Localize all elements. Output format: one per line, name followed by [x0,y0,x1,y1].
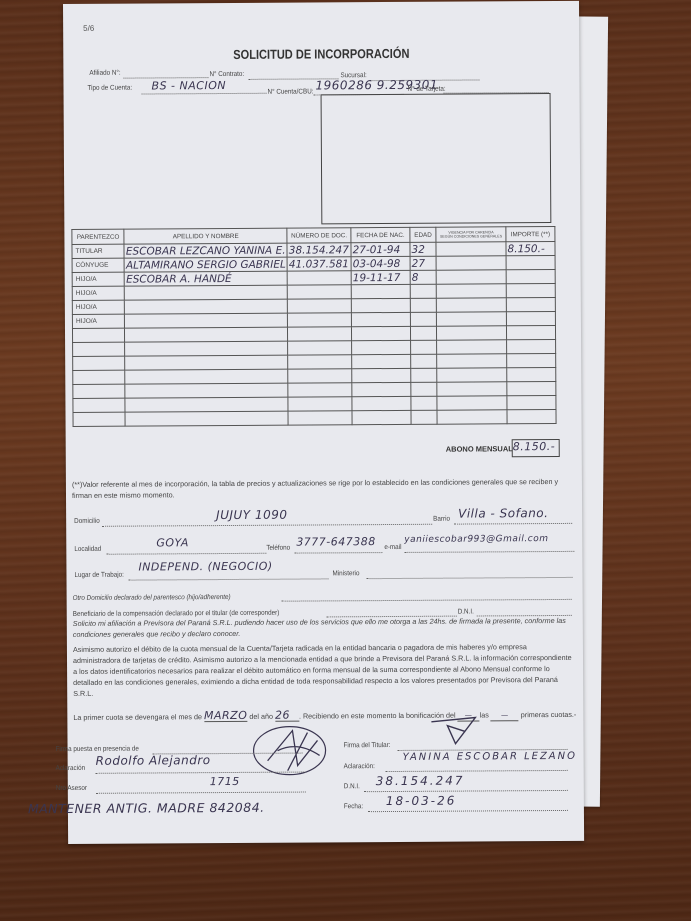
cell-parentezco [73,398,125,412]
cell-parentezco [73,384,125,398]
aclaracion-right-field[interactable] [386,770,568,772]
titular-signature [425,713,485,749]
abono-mensual-label: ABONO MENSUAL [446,444,513,453]
dni-label: D.N.I. [344,783,360,790]
cell-importe[interactable] [507,339,556,353]
cell-fecha[interactable] [352,368,411,382]
cell-parentezco [72,328,124,342]
localidad-value: GOYA [156,536,189,549]
tarjeta-label: N° de Tarjeta: [408,86,446,93]
fecha-label: Fecha: [344,803,363,810]
cell-vigencia[interactable] [437,396,507,410]
cuota-suffix: primeras cuotas.- [521,710,577,719]
cell-edad[interactable] [410,312,436,326]
col-importe: IMPORTE (**) [506,226,555,241]
ministerio-field[interactable] [367,577,573,579]
cuota-mes-value[interactable]: MARZO [204,710,247,722]
col-parentezco: PARENTEZCO [72,229,124,244]
asesor-value: 1715 [210,775,240,788]
cuota-anio-label: del año [249,712,273,721]
email-label: e-mail [384,544,401,551]
barrio-field[interactable] [454,523,572,525]
localidad-field[interactable] [106,553,266,555]
cell-vigencia[interactable] [437,298,507,312]
cell-parentezco: HIJO/A [72,286,124,300]
cell-vigencia[interactable] [437,312,507,326]
trabajo-value: INDEPEND. (NEGOCIO) [138,560,272,574]
cell-fecha[interactable]: 19-11-17 [351,270,410,284]
debit-authorization-text: Asimismo autorizo el débito de la cuota … [73,641,573,699]
cell-fecha[interactable] [352,396,411,410]
cell-edad[interactable] [411,368,437,382]
domicilio-field[interactable] [102,524,432,527]
cell-doc[interactable] [288,397,352,411]
cell-nombre[interactable] [125,355,288,370]
cell-importe[interactable] [506,297,555,311]
cell-edad[interactable] [411,410,437,424]
trabajo-label: Lugar de Trabajo: [74,572,123,579]
cell-doc[interactable] [288,355,352,369]
cell-fecha[interactable] [352,410,411,424]
dni-value: 38.154.247 [376,774,465,789]
aclaracion-right-label: Aclaración: [344,763,375,770]
cell-doc[interactable]: 38.154.247 [287,243,351,257]
presencia-label: Firma puesta en presencia de [56,746,139,754]
cell-nombre[interactable] [125,299,288,314]
col-nombre: APELLIDO Y NOMBRE [124,228,287,244]
photo-box [321,93,552,224]
otro-domicilio-field[interactable] [282,599,572,602]
cell-importe[interactable] [507,409,556,423]
cell-parentezco [73,370,125,384]
barrio-label: Barrio [433,516,450,523]
col-doc: NÚMERO DE DOC. [287,228,351,243]
footnote: (**)Valor referente al mes de incorporac… [72,476,572,501]
tipo-cuenta-value: BS - NACION [151,79,226,92]
cell-edad[interactable]: 27 [410,256,436,270]
cell-vigencia[interactable] [437,326,507,340]
cell-importe[interactable] [506,269,555,283]
cell-vigencia[interactable] [437,382,507,396]
cell-doc[interactable] [287,285,351,299]
cell-vigencia[interactable] [436,270,506,284]
trabajo-field[interactable] [129,578,329,580]
cell-edad[interactable] [411,396,437,410]
cell-fecha[interactable] [352,326,411,340]
cell-edad[interactable] [411,340,437,354]
cell-doc[interactable] [288,369,352,383]
tipo-cuenta-label: Tipo de Cuenta: [87,85,132,92]
cell-edad[interactable] [411,354,437,368]
ministerio-label: Ministerio [332,570,359,577]
form-title: SOLICITUD DE INCORPORACIÓN [102,45,541,63]
telefono-value: 3777-647388 [296,535,376,548]
cell-parentezco [73,412,125,426]
col-edad: EDAD [410,227,436,242]
cell-importe[interactable] [507,395,556,409]
fecha-value: 18-03-26 [386,794,457,808]
cell-vigencia[interactable] [436,284,506,298]
asesor-label: Nro Asesor [56,785,87,792]
cell-nombre[interactable] [125,341,288,356]
cell-nombre[interactable] [125,327,288,342]
cell-parentezco: CÓNYUGE [72,258,124,272]
cell-vigencia[interactable] [437,354,507,368]
cell-fecha[interactable] [352,382,411,396]
fecha-field[interactable] [368,810,568,812]
otro-domicilio-label: Otro Domicilio declarado del parentesco … [73,594,231,602]
cell-fecha[interactable] [351,312,410,326]
cuota-prefix: La primer cuota se devengara el mes de [73,712,202,722]
cell-edad[interactable] [410,298,436,312]
cell-importe[interactable] [506,311,555,325]
asesor-field[interactable] [96,792,306,794]
members-table: PARENTEZCO APELLIDO Y NOMBRE NÚMERO DE D… [71,226,556,427]
cell-doc[interactable] [288,341,352,355]
email-value: yaniiescobar993@Gmail.com [404,534,548,545]
cell-doc[interactable] [288,383,352,397]
cell-parentezco [73,356,125,370]
cell-nombre[interactable] [125,383,288,398]
barrio-value: Villa - Sofano. [458,506,548,521]
page-marker: 5/6 [83,24,94,33]
cell-vigencia[interactable] [437,340,507,354]
cell-fecha[interactable] [351,284,410,298]
cell-doc[interactable] [288,327,352,341]
las-value[interactable]: — [491,709,519,721]
cell-doc[interactable] [287,271,351,285]
domicilio-value: JUJUY 1090 [216,508,287,522]
cell-edad[interactable] [411,382,437,396]
affiliation-request-text: Solicito mi afiliación a Previsora del P… [73,615,573,640]
cell-nombre[interactable]: ALTAMIRANO SERGIO GABRIEL [124,257,287,272]
cell-doc[interactable] [288,313,352,327]
cell-vigencia[interactable] [437,410,507,424]
cell-fecha[interactable] [352,340,411,354]
application-form: 5/6 SOLICITUD DE INCORPORACIÓN Afiliado … [63,1,584,844]
telefono-field[interactable] [294,552,382,554]
cell-edad[interactable] [411,326,437,340]
cell-fecha[interactable] [351,298,410,312]
col-vigencia: VIGENCIA POR CARENCIASEGÚN CONDICIONES G… [436,227,506,242]
cell-nombre[interactable] [125,397,288,412]
cell-nombre[interactable] [125,285,288,300]
telefono-label: Teléfono [266,545,290,552]
cell-edad[interactable]: 8 [410,270,436,284]
cell-fecha[interactable]: 03-04-98 [351,256,410,270]
cell-importe[interactable] [507,325,556,339]
tipo-cuenta-field[interactable] [142,93,267,95]
cell-importe[interactable] [506,255,555,269]
cell-nombre[interactable]: ESCOBAR LEZCANO YANINA E. [124,243,287,258]
cell-doc[interactable] [288,411,352,425]
cell-parentezco: HIJO/A [72,314,124,328]
domicilio-label: Domicilio [74,518,100,525]
cell-doc[interactable]: 41.037.581 [287,257,351,271]
aclaracion-right-value: YANINA ESCOBAR LEZANO [403,751,577,763]
cell-parentezco: HIJO/A [72,300,124,314]
cell-nombre[interactable] [125,411,288,426]
cell-edad[interactable] [410,284,436,298]
cell-parentezco: TITULAR [72,244,124,258]
cell-importe[interactable] [507,381,556,395]
aclaracion-left-value: Rodolfo Alejandro [96,753,211,768]
vigencia-subtitle: SEGÚN CONDICIONES GENERALES [440,234,502,238]
localidad-label: Localidad [74,546,101,553]
cell-importe[interactable] [507,353,556,367]
cell-nombre[interactable]: ESCOBAR A. HANDÉ [125,271,288,286]
email-field[interactable] [404,551,574,553]
table-row [73,409,556,426]
cell-nombre[interactable] [125,369,288,384]
cell-vigencia[interactable] [437,368,507,382]
cell-importe[interactable]: 8.150.- [506,241,555,255]
cell-vigencia[interactable] [436,242,506,256]
afiliado-label: Afiliado N°: [89,70,120,77]
contrato-label: N° Contrato: [209,71,244,78]
abono-mensual-value[interactable]: 8.150.- [512,439,560,457]
handwritten-note: MANTENER ANTIG. MADRE 842084. [28,800,265,816]
cell-fecha[interactable]: 27-01-94 [351,242,410,256]
cell-importe[interactable] [507,367,556,381]
titular-label: Firma del Titular: [344,742,391,749]
cell-doc[interactable] [288,299,352,313]
cell-parentezco [73,342,125,356]
cuenta-cbu-label: N° Cuenta/CBU: [268,88,314,95]
col-fecha: FECHA DE NAC. [351,227,410,242]
cell-importe[interactable] [506,283,555,297]
dni-field[interactable] [364,790,568,792]
cell-vigencia[interactable] [436,256,506,270]
aclaracion-left-label: Aclaración [56,765,85,772]
cell-fecha[interactable] [352,354,411,368]
cell-parentezco: HIJO/A [72,272,124,286]
cell-nombre[interactable] [125,313,288,328]
cell-edad[interactable]: 32 [410,242,436,256]
